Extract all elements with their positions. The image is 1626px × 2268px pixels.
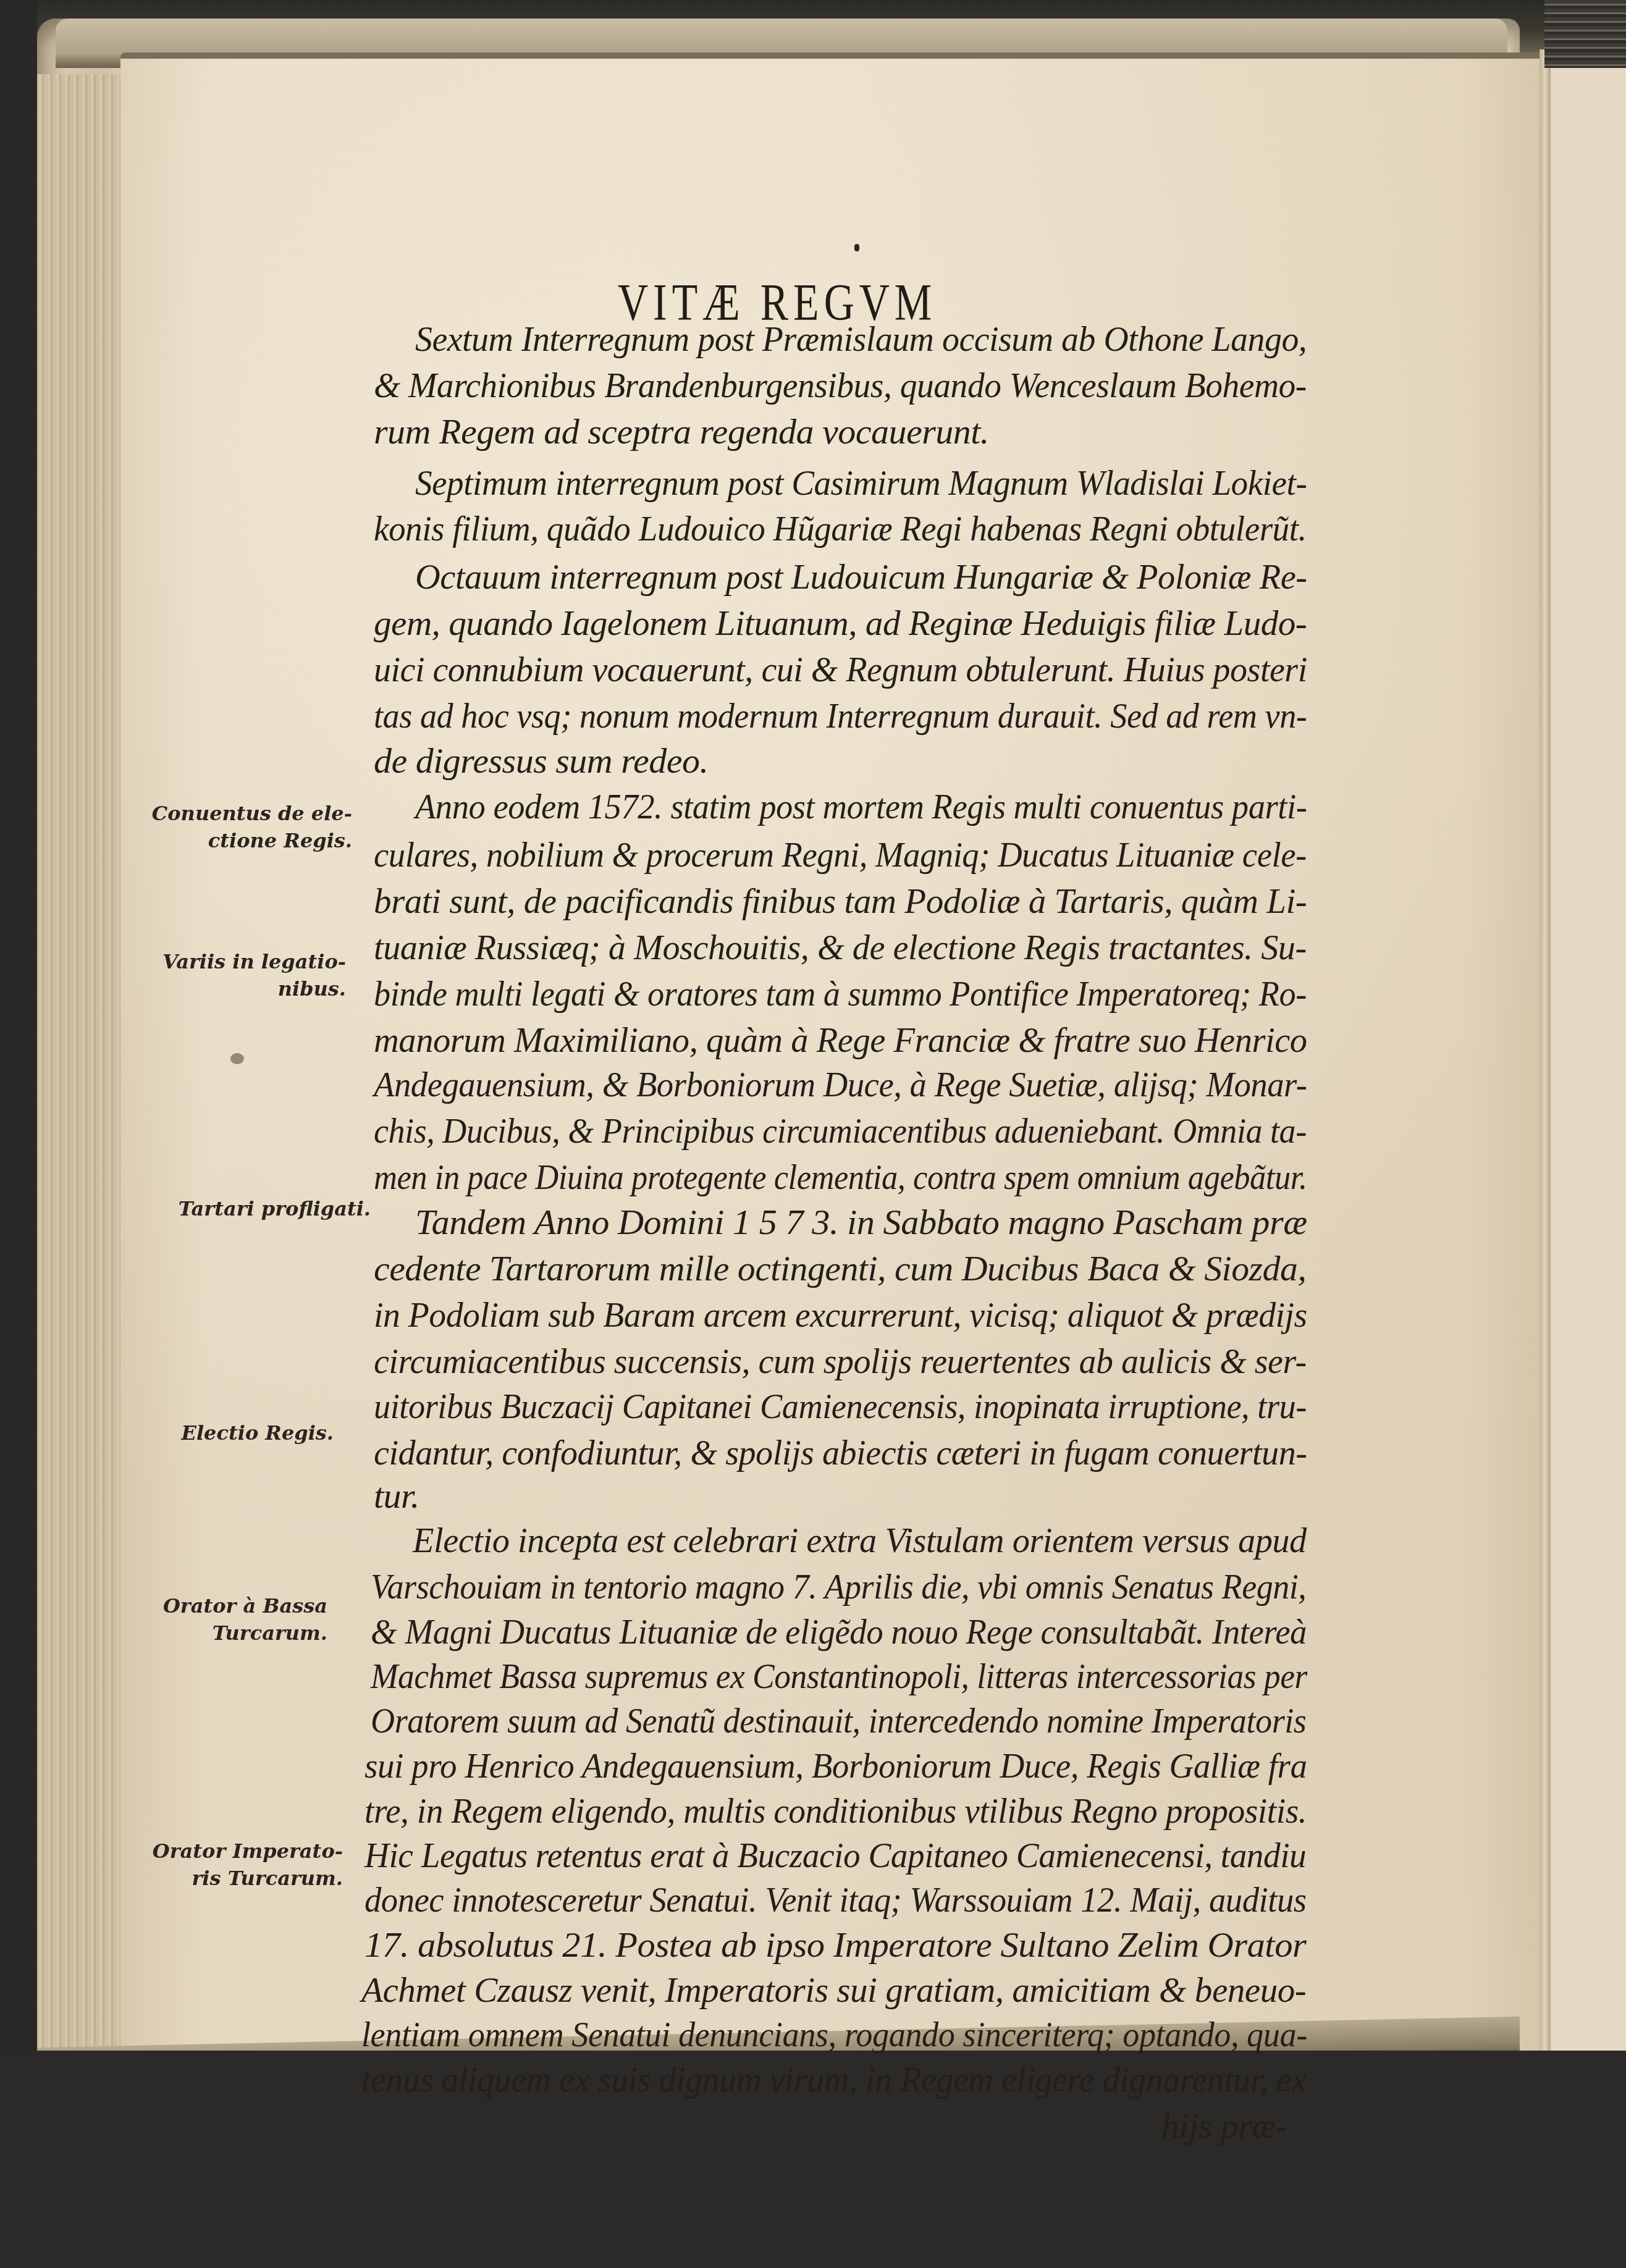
- margin-note: Electio Regis.: [148, 1419, 334, 1447]
- body-line: chis, Ducibus, & Principibus circumiacen…: [374, 1110, 1307, 1151]
- body-line: Electio incepta est celebrari extra Vist…: [413, 1519, 1307, 1561]
- body-line: Andegauensium, & Borboniorum Duce, à Reg…: [374, 1064, 1307, 1105]
- margin-note: Orator Imperato- ris Turcarum.: [136, 1837, 343, 1892]
- body-line: tre, in Regem eligendo, multis condition…: [364, 1790, 1307, 1831]
- margin-note-line: Tartari profligati.: [136, 1195, 371, 1222]
- margin-note: Variis in legatio- nibus.: [148, 948, 346, 1002]
- body-line: in Podoliam sub Baram arcem excurrerunt,…: [374, 1294, 1307, 1335]
- body-line: rum Regem ad sceptra regenda vocauerunt.: [374, 411, 989, 452]
- body-line: cedente Tartarorum mille octingenti, cum…: [374, 1248, 1306, 1289]
- margin-note-line: ris Turcarum.: [136, 1865, 343, 1892]
- body-line: Hic Legatus retentus erat à Buczacio Cap…: [364, 1834, 1306, 1876]
- margin-note-line: Orator à Bassa: [148, 1592, 327, 1619]
- body-line: culares, nobilium & procerum Regni, Magn…: [374, 834, 1307, 875]
- catchword: hijs præ-: [1161, 2105, 1287, 2146]
- body-line: gem, quando Iagelonem Lituanum, ad Regin…: [374, 602, 1307, 644]
- body-line: cidantur, confodiuntur, & spolijs abiect…: [374, 1432, 1307, 1473]
- body-line: Machmet Bassa supremus ex Constantinopol…: [371, 1655, 1307, 1697]
- body-line: uitoribus Buczacij Capitanei Camienecens…: [374, 1385, 1307, 1427]
- body-line: manorum Maximiliano, quàm à Rege Franciæ…: [374, 1019, 1307, 1060]
- margin-note-line: Orator Imperato-: [136, 1837, 343, 1865]
- ink-blot: [230, 1053, 244, 1064]
- body-line: Octauum interregnum post Ludouicum Hunga…: [415, 556, 1307, 597]
- body-line: Sextum Interregnum post Præmislaum occis…: [415, 318, 1307, 359]
- body-line: donec innotesceretur Senatui. Venit itaq…: [364, 1879, 1307, 1920]
- margin-note: Orator à Bassa Turcarum.: [148, 1592, 327, 1647]
- body-line: brati sunt, de pacificandis finibus tam …: [374, 880, 1307, 922]
- margin-note: Conuentus de ele- ctione Regis.: [148, 800, 352, 854]
- body-line: tuaniæ Russiæq; à Moschouitis, & de elec…: [374, 926, 1307, 968]
- margin-note-line: Conuentus de ele-: [148, 800, 352, 827]
- body-line: tur.: [374, 1475, 419, 1516]
- body-line: tas ad hoc vsq; nonum modernum Interregn…: [374, 695, 1307, 736]
- body-line: sui pro Henrico Andegauensium, Borbonior…: [364, 1745, 1307, 1786]
- margin-note-line: ctione Regis.: [148, 827, 352, 854]
- margin-note-line: nibus.: [148, 975, 346, 1002]
- body-line: Tandem Anno Domini 1 5 7 3. in Sabbato m…: [415, 1201, 1307, 1243]
- body-line: Anno eodem 1572. statim post mortem Regi…: [415, 786, 1307, 827]
- margin-note-line: Electio Regis.: [148, 1419, 334, 1447]
- body-line: tenus aliquem ex suis dignum virum, in R…: [361, 2059, 1307, 2100]
- body-line: Varschouiam in tentorio magno 7. Aprilis…: [371, 1566, 1306, 1607]
- margin-note: Tartari profligati.: [136, 1195, 371, 1222]
- printer-mark: [854, 244, 859, 251]
- body-line: 17. absolutus 21. Postea ab ipso Imperat…: [364, 1924, 1306, 1965]
- body-line: konis filium, quãdo Ludouico Hũgariæ Reg…: [374, 508, 1307, 549]
- body-line: uici connubium vocauerunt, cui & Regnum …: [374, 649, 1307, 690]
- body-line: Septimum interregnum post Casimirum Magn…: [415, 462, 1307, 503]
- body-line: circumiacentibus succensis, cum spolijs …: [374, 1340, 1307, 1382]
- body-line: & Marchionibus Brandenburgensibus, quand…: [374, 364, 1307, 406]
- body-line: lentiam omnem Senatui denuncians, rogand…: [361, 2014, 1307, 2055]
- body-line: Oratorem suum ad Senatũ destinauit, inte…: [371, 1700, 1306, 1741]
- margin-note-line: Turcarum.: [148, 1619, 327, 1647]
- body-line: binde multi legati & oratores tam à summ…: [374, 973, 1307, 1014]
- body-line: de digressus sum redeo.: [374, 740, 709, 781]
- margin-note-line: Variis in legatio-: [148, 948, 346, 975]
- page-text: VITÆ REGVM Sextum Interregnum post Præmi…: [0, 0, 1626, 2268]
- body-line: men in pace Diuina protegente clementia,…: [374, 1156, 1307, 1198]
- body-line: Achmet Czausz venit, Imperatoris sui gra…: [361, 1969, 1306, 2010]
- body-line: & Magni Ducatus Lituaniæ de eligẽdo nouo…: [371, 1611, 1307, 1652]
